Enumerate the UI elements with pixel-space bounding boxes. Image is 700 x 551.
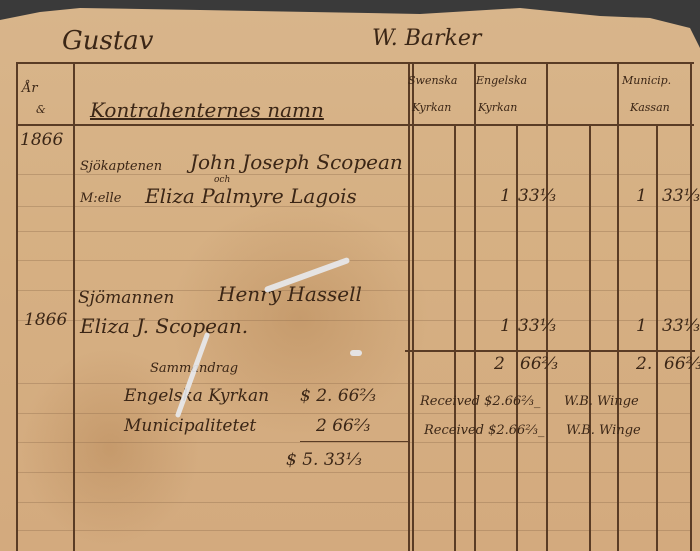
entry-2-title: Sjömannen [78, 290, 174, 307]
header-year: År [22, 82, 38, 95]
entry-2-engelska-rd: 1 [500, 318, 511, 335]
header-municipal-1: Municip. [622, 75, 671, 86]
column-rule [656, 124, 658, 551]
entry-2-municipal-sk: 33⅓ [662, 318, 700, 335]
summary-row-1-signature: W.B. Winge [564, 395, 639, 408]
summary-total: $ 5. 33⅓ [286, 452, 362, 469]
total-rule [405, 350, 695, 352]
entry-2-year: 1866 [24, 312, 67, 329]
summary-row-2-received: Received $2.66⅔_ [424, 424, 544, 437]
title-right: W. Barker [372, 28, 481, 50]
entry-1-municipal-sk: 33⅓ [662, 188, 700, 205]
entry-1-title-2: M:elle [80, 192, 121, 205]
entry-1-year: 1866 [20, 132, 63, 149]
entry-1-engelska-sk: 33⅓ [518, 188, 556, 205]
header-bottom-rule [16, 124, 694, 126]
header-top-rule [16, 62, 694, 64]
entry-2-name-2: Eliza J. Scopean. [80, 316, 248, 336]
entry-2-engelska-sk: 33⅓ [518, 318, 556, 335]
entry-1-name: John Joseph Scopean [190, 152, 403, 172]
title-left: Gustav [62, 28, 154, 54]
entry-1-municipal-rd: 1 [636, 188, 647, 205]
total-engelska-sk: 66⅔ [520, 356, 558, 373]
column-rule [408, 62, 410, 551]
header-names: Kontrahenternes namn [90, 100, 324, 120]
entry-2-name: Henry Hassell [218, 284, 362, 304]
column-rule [16, 62, 18, 551]
header-municipal-2: Kassan [630, 102, 670, 113]
column-rule [73, 62, 75, 551]
header-svenska-2: Kyrkan [412, 102, 451, 113]
header-engelska-1: Engelska [476, 75, 527, 86]
entry-1-engelska-rd: 1 [500, 188, 511, 205]
total-municipal-rd: 2. [636, 356, 652, 373]
column-rule [454, 124, 456, 551]
summary-row-1-amount: $ 2. 66⅔ [300, 388, 376, 405]
header-svenska-1: Swenska [408, 75, 457, 86]
entry-2-municipal-rd: 1 [636, 318, 647, 335]
summary-total-rule [300, 441, 410, 442]
summary-row-2-signature: W.B. Winge [566, 424, 641, 437]
summary-row-2-label: Municipalitetet [124, 418, 256, 435]
summary-row-1-label: Engelska Kyrkan [124, 388, 269, 405]
column-rule [589, 124, 591, 551]
column-rule [690, 62, 692, 551]
header-year-sub: & [36, 104, 46, 115]
water-stain [20, 348, 200, 548]
summary-row-1-received: Received $2.66⅔_ [420, 395, 540, 408]
column-rule [474, 62, 476, 551]
column-rule [617, 62, 619, 551]
header-engelska-2: Kyrkan [478, 102, 517, 113]
column-rule [546, 62, 548, 551]
total-engelska-rd: 2 [494, 356, 505, 373]
paint-drip [350, 350, 362, 356]
total-municipal-sk: 66⅔ [664, 356, 700, 373]
column-rule [412, 62, 414, 551]
entry-1-title: Sjökaptenen [80, 160, 162, 173]
summary-row-2-amount: 2 66⅔ [316, 418, 370, 435]
entry-1-name-2: Eliza Palmyre Lagois [145, 186, 357, 206]
